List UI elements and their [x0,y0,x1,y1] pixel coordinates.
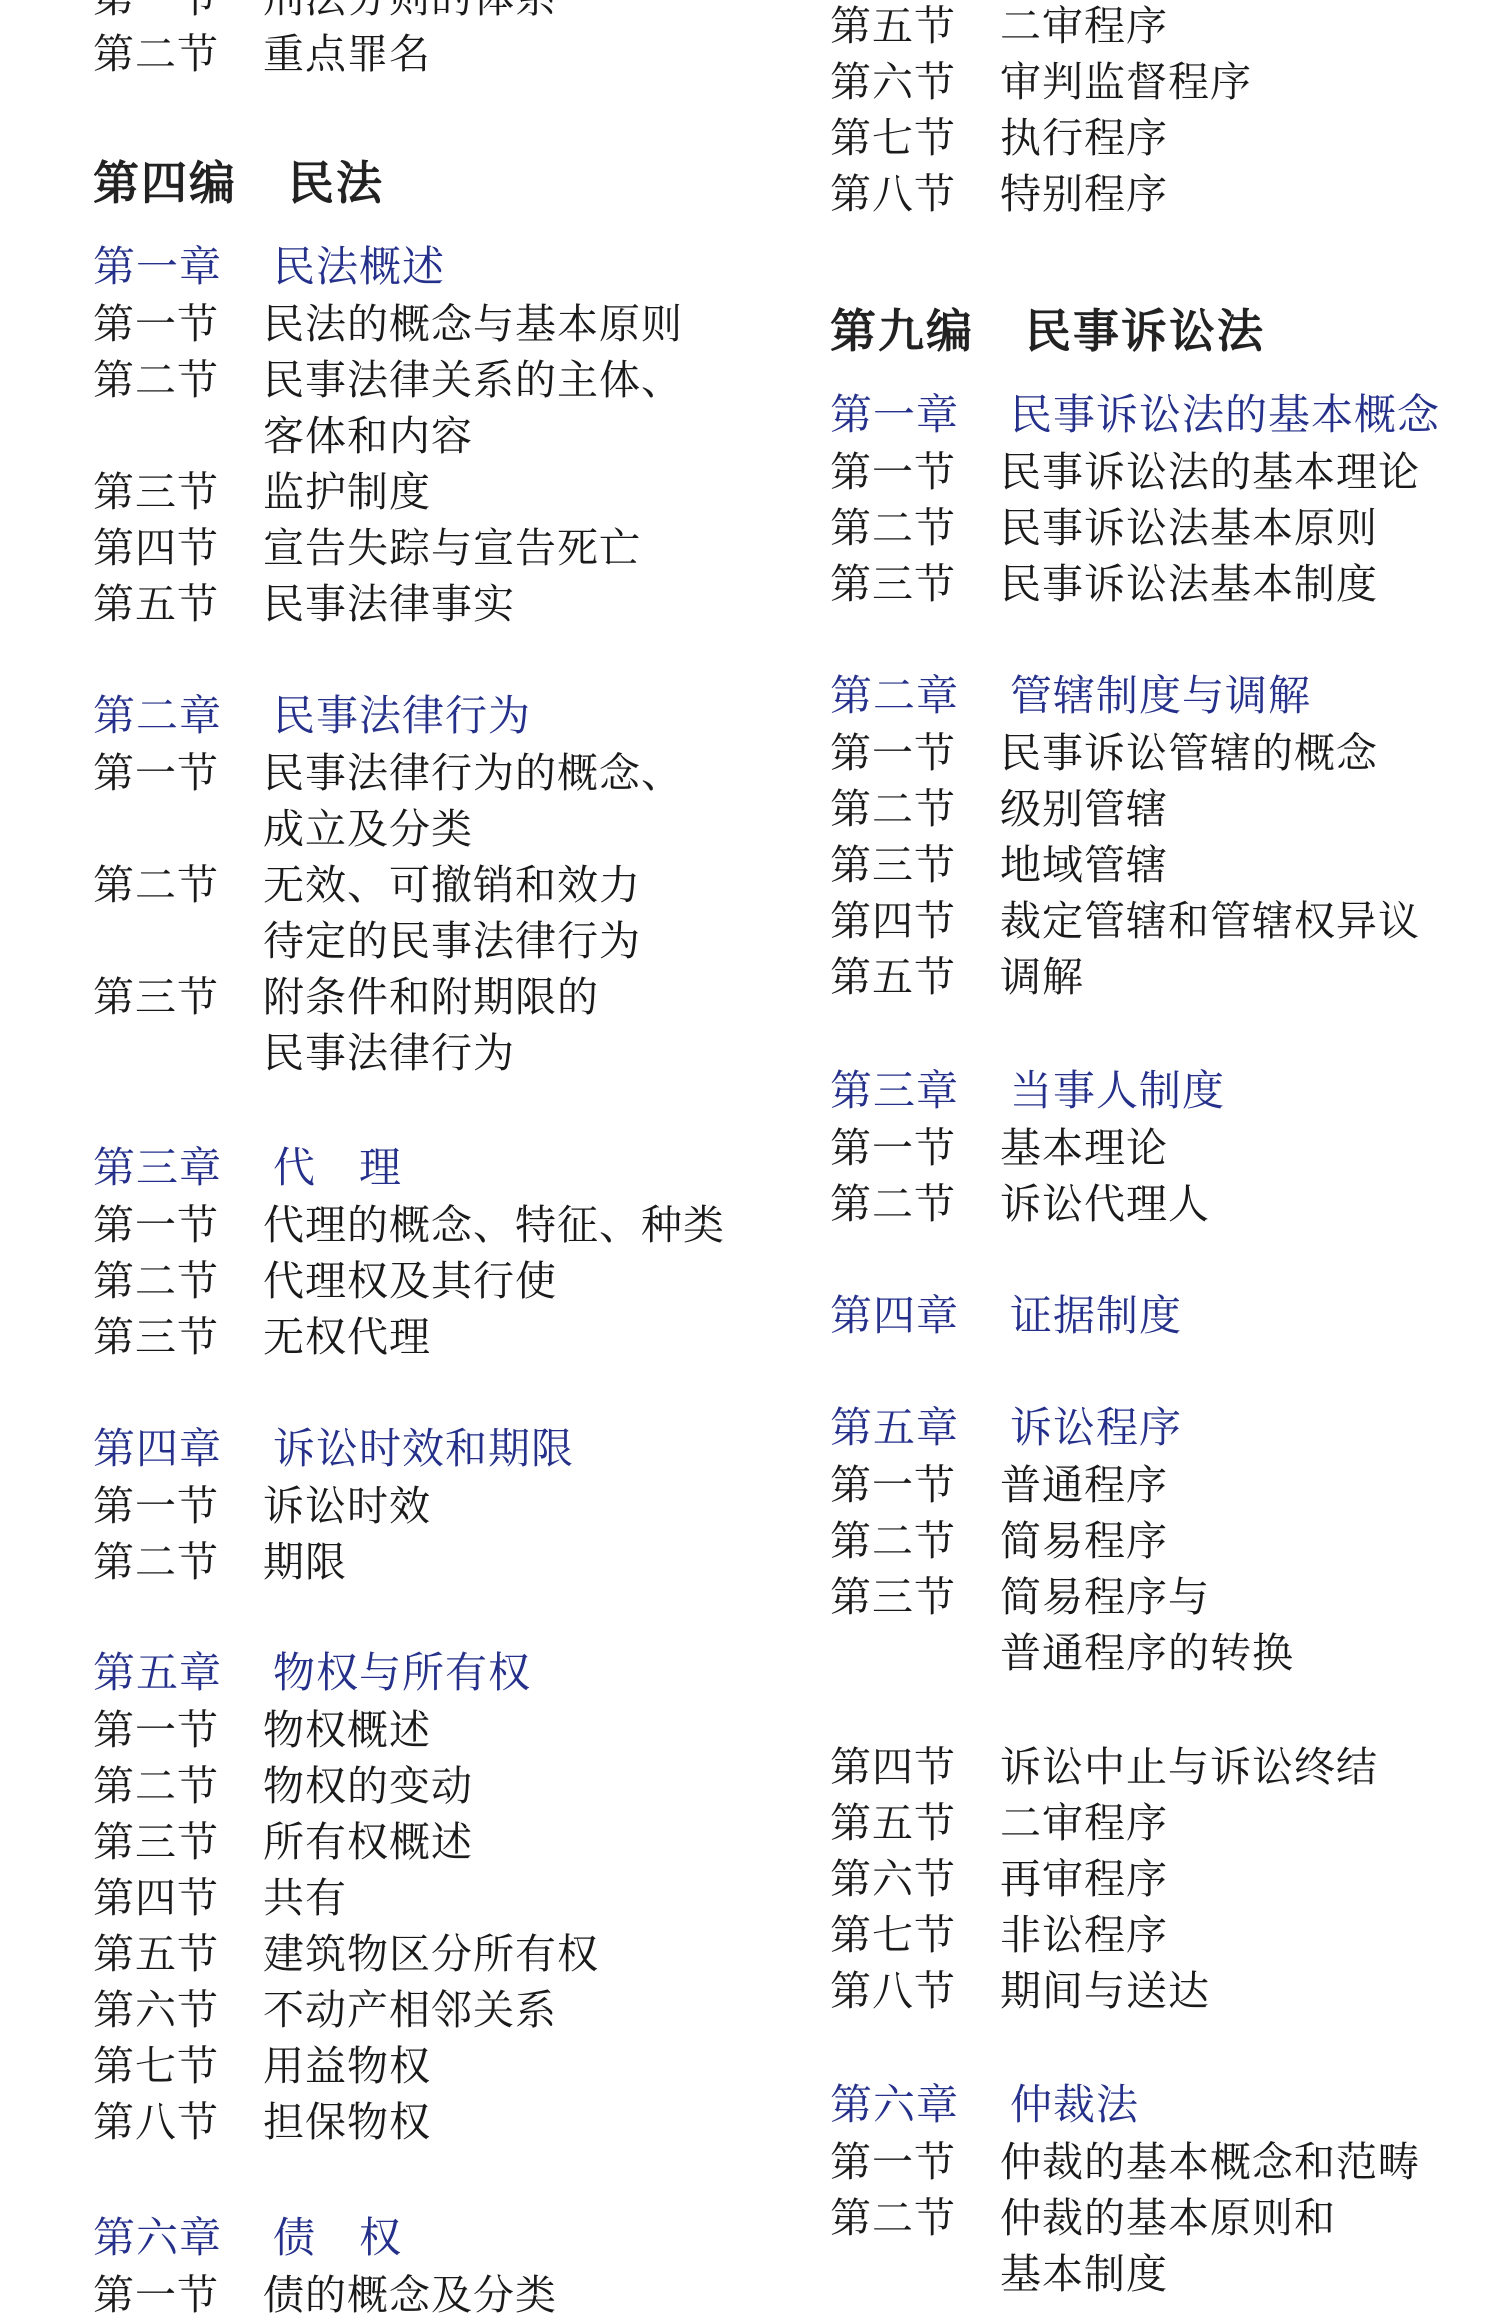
section-item: 第八节期间与送达 [830,1963,1378,2019]
chapter-block: 第一章民法概述 第一节民法的概念与基本原则 第二节民事法律关系的主体、 客体和内… [93,238,683,632]
section-item: 第一节民事诉讼管辖的概念 [830,725,1420,781]
section-item: 第七节执行程序 [830,110,1252,166]
section-item: 第一节普通程序 [830,1457,1294,1513]
chapter-block: 第六章仲裁法 第一节仲裁的基本概念和范畴 第二节仲裁的基本原则和 基本制度 [830,2076,1420,2302]
section-continuation: 成立及分类 [93,801,683,857]
section-continuation: 普通程序的转换 [830,1625,1294,1681]
chapter-heading: 第三章代 理 [93,1139,725,1197]
section-item: 第五节二审程序 [830,0,1252,54]
section-continuation: 民事法律行为 [93,1025,683,1081]
section-item: 第四节诉讼中止与诉讼终结 [830,1739,1378,1795]
left-column: 第一节刑法分则的体系 第二节重点罪名 第四编民法 第一章民法概述 第一节民法的概… [93,0,773,2322]
section-item: 第一节民事诉讼法的基本理论 [830,444,1440,500]
part-heading: 第四编民法 [93,153,384,213]
chapter-block: 第二章民事法律行为 第一节民事法律行为的概念、 成立及分类 第二节无效、可撤销和… [93,687,683,1081]
section-continuation: 基本制度 [830,2246,1420,2302]
chapter-block: 第四章诉讼时效和期限 第一节诉讼时效 第二节期限 [93,1420,574,1590]
section-item: 第二节诉讼代理人 [830,1176,1225,1232]
section-item: 第三节民事诉讼法基本制度 [830,556,1440,612]
section-item: 第二节仲裁的基本原则和 [830,2190,1420,2246]
section-item: 第三节简易程序与 [830,1569,1294,1625]
chapter-block: 第二章管辖制度与调解 第一节民事诉讼管辖的概念 第二节级别管辖 第三节地域管辖 … [830,667,1420,1005]
chapter-block: 第三章当事人制度 第一节基本理论 第二节诉讼代理人 [830,1062,1225,1232]
section-item: 第二节期限 [93,1534,574,1590]
chapter-block: 第三章代 理 第一节代理的概念、特征、种类 第二节代理权及其行使 第三节无权代理 [93,1139,725,1365]
chapter-heading: 第一章民事诉讼法的基本概念 [830,386,1440,444]
section-item: 第一节民法的概念与基本原则 [93,296,683,352]
section-item: 第三节监护制度 [93,464,683,520]
section-item: 第三节附条件和附期限的 [93,969,683,1025]
section-item: 第二节重点罪名 [93,26,557,82]
section-item: 第四节共有 [93,1870,599,1926]
section-item: 第三节无权代理 [93,1309,725,1365]
section-continuation: 待定的民事法律行为 [93,913,683,969]
section-item: 第六节再审程序 [830,1851,1378,1907]
chapter-heading: 第六章仲裁法 [830,2076,1420,2134]
section-item: 第六节不动产相邻关系 [93,1982,599,2038]
chapter-block-continued: 第四节诉讼中止与诉讼终结 第五节二审程序 第六节再审程序 第七节非讼程序 第八节… [830,1739,1378,2019]
prev-part-sections: 第一节刑法分则的体系 第二节重点罪名 [93,0,557,82]
chapter-heading: 第二章民事法律行为 [93,687,683,745]
chapter-heading: 第六章债 权 [93,2209,557,2267]
section-item: 第二节民事法律关系的主体、 [93,352,683,408]
section-item: 第一节诉讼时效 [93,1478,574,1534]
section-item: 第八节担保物权 [93,2094,599,2150]
section-item: 第三节地域管辖 [830,837,1420,893]
section-item: 第一节刑法分则的体系 [93,0,557,26]
right-column: 第五节二审程序 第六节审判监督程序 第七节执行程序 第八节特别程序 第九编民事诉… [830,0,1500,2322]
section-item: 第五节建筑物区分所有权 [93,1926,599,1982]
section-item: 第一节物权概述 [93,1702,599,1758]
chapter-block: 第六章债 权 第一节债的概念及分类 [93,2209,557,2322]
section-item: 第八节特别程序 [830,166,1252,222]
chapter-heading: 第一章民法概述 [93,238,683,296]
section-item: 第二节物权的变动 [93,1758,599,1814]
chapter-heading: 第五章诉讼程序 [830,1399,1294,1457]
chapter-block: 第一章民事诉讼法的基本概念 第一节民事诉讼法的基本理论 第二节民事诉讼法基本原则… [830,386,1440,612]
chapter-block: 第五章物权与所有权 第一节物权概述 第二节物权的变动 第三节所有权概述 第四节共… [93,1644,599,2150]
section-item: 第一节民事法律行为的概念、 [93,745,683,801]
section-item: 第五节民事法律事实 [93,576,683,632]
part-heading: 第九编民事诉讼法 [830,301,1265,361]
section-item: 第七节非讼程序 [830,1907,1378,1963]
section-item: 第六节审判监督程序 [830,54,1252,110]
chapter-heading: 第四章证据制度 [830,1287,1182,1345]
chapter-heading: 第五章物权与所有权 [93,1644,599,1702]
prev-part-sections: 第五节二审程序 第六节审判监督程序 第七节执行程序 第八节特别程序 [830,0,1252,222]
section-continuation: 客体和内容 [93,408,683,464]
section-item: 第一节仲裁的基本概念和范畴 [830,2134,1420,2190]
section-item: 第一节债的概念及分类 [93,2267,557,2322]
section-item: 第一节基本理论 [830,1120,1225,1176]
section-item: 第七节用益物权 [93,2038,599,2094]
section-item: 第二节无效、可撤销和效力 [93,857,683,913]
section-item: 第五节二审程序 [830,1795,1378,1851]
chapter-heading: 第四章诉讼时效和期限 [93,1420,574,1478]
section-item: 第二节简易程序 [830,1513,1294,1569]
section-item: 第二节民事诉讼法基本原则 [830,500,1440,556]
chapter-heading: 第三章当事人制度 [830,1062,1225,1120]
section-item: 第四节宣告失踪与宣告死亡 [93,520,683,576]
chapter-block: 第四章证据制度 [830,1287,1182,1345]
section-item: 第二节级别管辖 [830,781,1420,837]
section-item: 第一节代理的概念、特征、种类 [93,1197,725,1253]
chapter-block: 第五章诉讼程序 第一节普通程序 第二节简易程序 第三节简易程序与 普通程序的转换 [830,1399,1294,1681]
section-item: 第三节所有权概述 [93,1814,599,1870]
section-item: 第五节调解 [830,949,1420,1005]
section-item: 第二节代理权及其行使 [93,1253,725,1309]
section-item: 第四节裁定管辖和管辖权异议 [830,893,1420,949]
chapter-heading: 第二章管辖制度与调解 [830,667,1420,725]
